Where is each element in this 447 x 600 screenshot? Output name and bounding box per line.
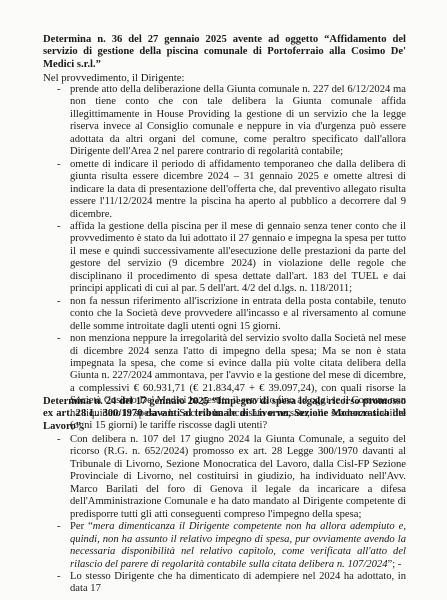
list-item: -Lo stesso Dirigente che ha dimenticato … bbox=[43, 571, 406, 596]
dash-bullet-icon: - bbox=[57, 333, 61, 345]
section-heading-determina-36: Determina n. 36 del 27 gennaio 2025 aven… bbox=[43, 34, 406, 71]
intro-text: Nel provvedimento, il Dirigente: bbox=[43, 72, 185, 84]
dash-bullet-icon: - bbox=[57, 434, 61, 446]
list-item: -affida la gestione della piscina per il… bbox=[43, 221, 406, 296]
section-heading-determina-24: Determina n. 24 del 17 gennaio 2025 “Imp… bbox=[43, 396, 406, 433]
list-item: -omette di indicare il periodo di affida… bbox=[43, 159, 406, 221]
dash-bullet-icon: - bbox=[57, 571, 61, 583]
dash-bullet-icon: - bbox=[57, 221, 61, 233]
dash-bullet-icon: - bbox=[57, 159, 61, 171]
section1-list: -prende atto della deliberazione della G… bbox=[43, 84, 406, 433]
list-item: -Per “mera dimenticanza il Dirigente com… bbox=[43, 521, 406, 571]
dash-bullet-icon: - bbox=[57, 296, 61, 308]
dash-bullet-icon: - bbox=[57, 84, 61, 96]
list-item: -prende atto della deliberazione della G… bbox=[43, 84, 406, 159]
list-item: -Con delibera n. 107 del 17 giugno 2024 … bbox=[43, 434, 406, 521]
quoted-italic-text: mera dimenticanza il Dirigente competent… bbox=[70, 521, 406, 569]
document-page: Determina n. 36 del 27 gennaio 2025 aven… bbox=[0, 0, 447, 600]
dash-bullet-icon: - bbox=[57, 521, 61, 533]
section2-list: -Con delibera n. 107 del 17 giugno 2024 … bbox=[43, 434, 406, 596]
list-item: -non fa nessun riferimento all'iscrizion… bbox=[43, 296, 406, 333]
